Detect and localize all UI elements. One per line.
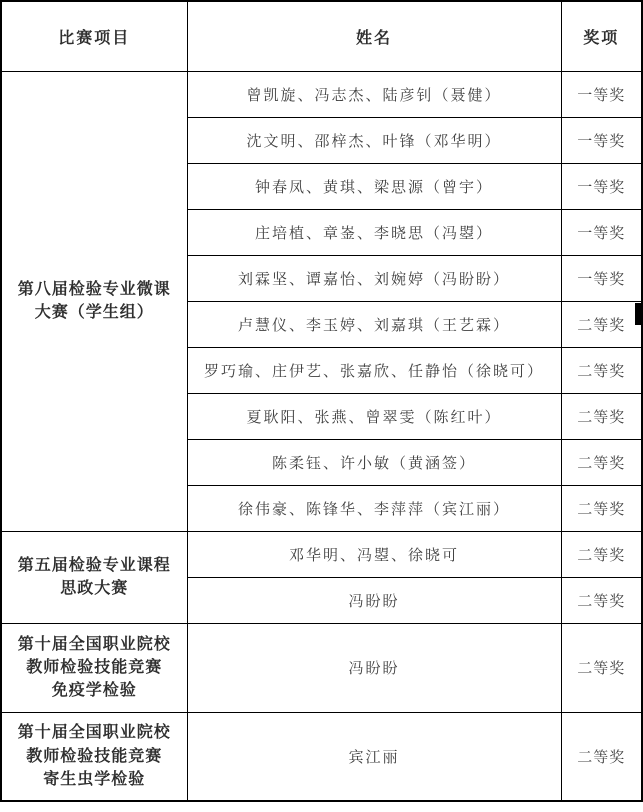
project-cell: 第八届检验专业微课 大赛（学生组）: [1, 71, 187, 531]
names-cell: 钟春凤、黄琪、梁思源（曾宇）: [187, 163, 561, 209]
awards-table: 比赛项目 姓名 奖项 第八届检验专业微课 大赛（学生组） 曾凯旋、冯志杰、陆彦钊…: [0, 0, 643, 802]
award-cell: 二等奖: [561, 393, 642, 439]
names-cell: 卢慧仪、李玉婷、刘嘉琪（王艺霖）: [187, 301, 561, 347]
project-cell: 第十届全国职业院校 教师检验技能竞赛 寄生虫学检验: [1, 712, 187, 801]
names-cell: 庄培植、章崟、李晓思（冯曌）: [187, 209, 561, 255]
names-cell: 冯盼盼: [187, 623, 561, 712]
header-row: 比赛项目 姓名 奖项: [1, 1, 642, 71]
names-cell: 徐伟豪、陈锋华、李萍萍（宾江丽）: [187, 485, 561, 531]
table-row: 第十届全国职业院校 教师检验技能竞赛 寄生虫学检验 宾江丽 二等奖: [1, 712, 642, 801]
award-cell: 二等奖: [561, 623, 642, 712]
names-cell: 刘霖坚、谭嘉怡、刘婉婷（冯盼盼）: [187, 255, 561, 301]
award-cell: 一等奖: [561, 117, 642, 163]
table-row: 第八届检验专业微课 大赛（学生组） 曾凯旋、冯志杰、陆彦钊（聂健） 一等奖: [1, 71, 642, 117]
award-cell: 二等奖: [561, 439, 642, 485]
award-cell: 二等奖: [561, 347, 642, 393]
award-cell: 二等奖: [561, 712, 642, 801]
names-cell: 夏耿阳、张燕、曾翠雯（陈红叶）: [187, 393, 561, 439]
header-name: 姓名: [187, 1, 561, 71]
document-page: 比赛项目 姓名 奖项 第八届检验专业微课 大赛（学生组） 曾凯旋、冯志杰、陆彦钊…: [0, 0, 643, 812]
table-row: 第十届全国职业院校 教师检验技能竞赛 免疫学检验 冯盼盼 二等奖: [1, 623, 642, 712]
award-cell: 二等奖: [561, 485, 642, 531]
project-cell: 第五届检验专业课程 思政大赛: [1, 531, 187, 623]
project-cell: 第十届全国职业院校 教师检验技能竞赛 免疫学检验: [1, 623, 187, 712]
award-cell: 二等奖: [561, 531, 642, 577]
award-cell: 二等奖: [561, 577, 642, 623]
award-cell: 二等奖: [561, 301, 642, 347]
right-edge-mark: [635, 303, 643, 325]
names-cell: 宾江丽: [187, 712, 561, 801]
names-cell: 曾凯旋、冯志杰、陆彦钊（聂健）: [187, 71, 561, 117]
header-award: 奖项: [561, 1, 642, 71]
names-cell: 沈文明、邵梓杰、叶锋（邓华明）: [187, 117, 561, 163]
names-cell: 陈柔钰、许小敏（黄涵签）: [187, 439, 561, 485]
names-cell: 邓华明、冯曌、徐晓可: [187, 531, 561, 577]
header-competition: 比赛项目: [1, 1, 187, 71]
award-cell: 一等奖: [561, 209, 642, 255]
award-cell: 一等奖: [561, 71, 642, 117]
table-row: 第五届检验专业课程 思政大赛 邓华明、冯曌、徐晓可 二等奖: [1, 531, 642, 577]
names-cell: 冯盼盼: [187, 577, 561, 623]
award-cell: 一等奖: [561, 255, 642, 301]
award-cell: 一等奖: [561, 163, 642, 209]
names-cell: 罗巧瑜、庄伊艺、张嘉欣、任静怡（徐晓可）: [187, 347, 561, 393]
